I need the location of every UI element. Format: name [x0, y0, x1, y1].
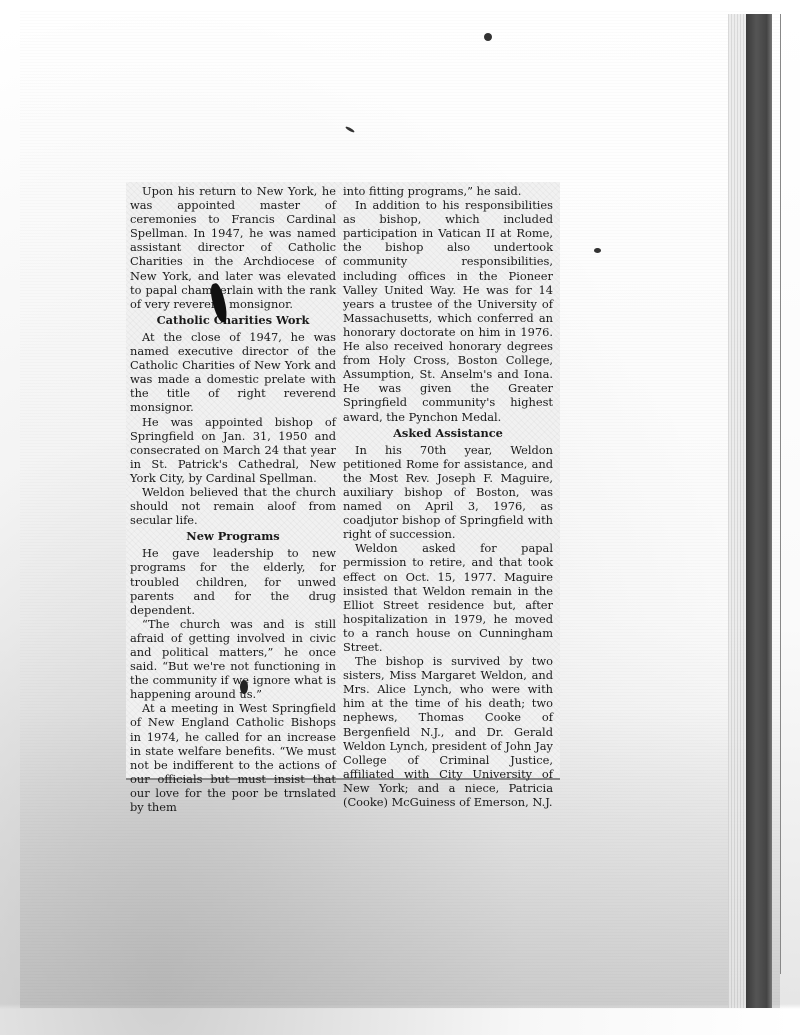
- article-paragraph: Weldon believed that the church should n…: [130, 485, 336, 527]
- article-right-column: into fitting programs,” he said.In addit…: [343, 184, 553, 809]
- ink-blot: [240, 680, 248, 694]
- article-paragraph: He was appointed bishop of Springfield o…: [130, 415, 336, 485]
- article-paragraph: “The church was and is still afraid of g…: [130, 617, 336, 702]
- article-paragraph: Weldon asked for papal permission to ret…: [343, 541, 553, 654]
- article-paragraph: The bishop is survived by two sisters, M…: [343, 654, 553, 809]
- article-left-column: Upon his return to New York, he was appo…: [130, 184, 336, 814]
- article-paragraph: At the close of 1947, he was named execu…: [130, 330, 336, 415]
- section-heading: New Programs: [130, 529, 336, 543]
- article-paragraph: In addition to his responsibilities as b…: [343, 198, 553, 424]
- page-edge-line: [780, 14, 781, 974]
- article-paragraph: He gave leadership to new programs for t…: [130, 546, 336, 616]
- section-heading: Catholic Charities Work: [130, 313, 336, 327]
- article-paragraph: In his 70th year, Weldon petitioned Rome…: [343, 443, 553, 542]
- ink-speck: [484, 33, 492, 41]
- page-edge-shadow: [728, 14, 748, 1008]
- section-heading: Asked Assistance: [343, 426, 553, 440]
- ink-speck: [594, 248, 601, 253]
- article-paragraph: At a meeting in West Springfield of New …: [130, 701, 336, 814]
- binding-edge: [746, 14, 772, 1008]
- article-paragraph: into fitting programs,” he said.: [343, 184, 553, 198]
- article-paragraph: Upon his return to New York, he was appo…: [130, 184, 336, 311]
